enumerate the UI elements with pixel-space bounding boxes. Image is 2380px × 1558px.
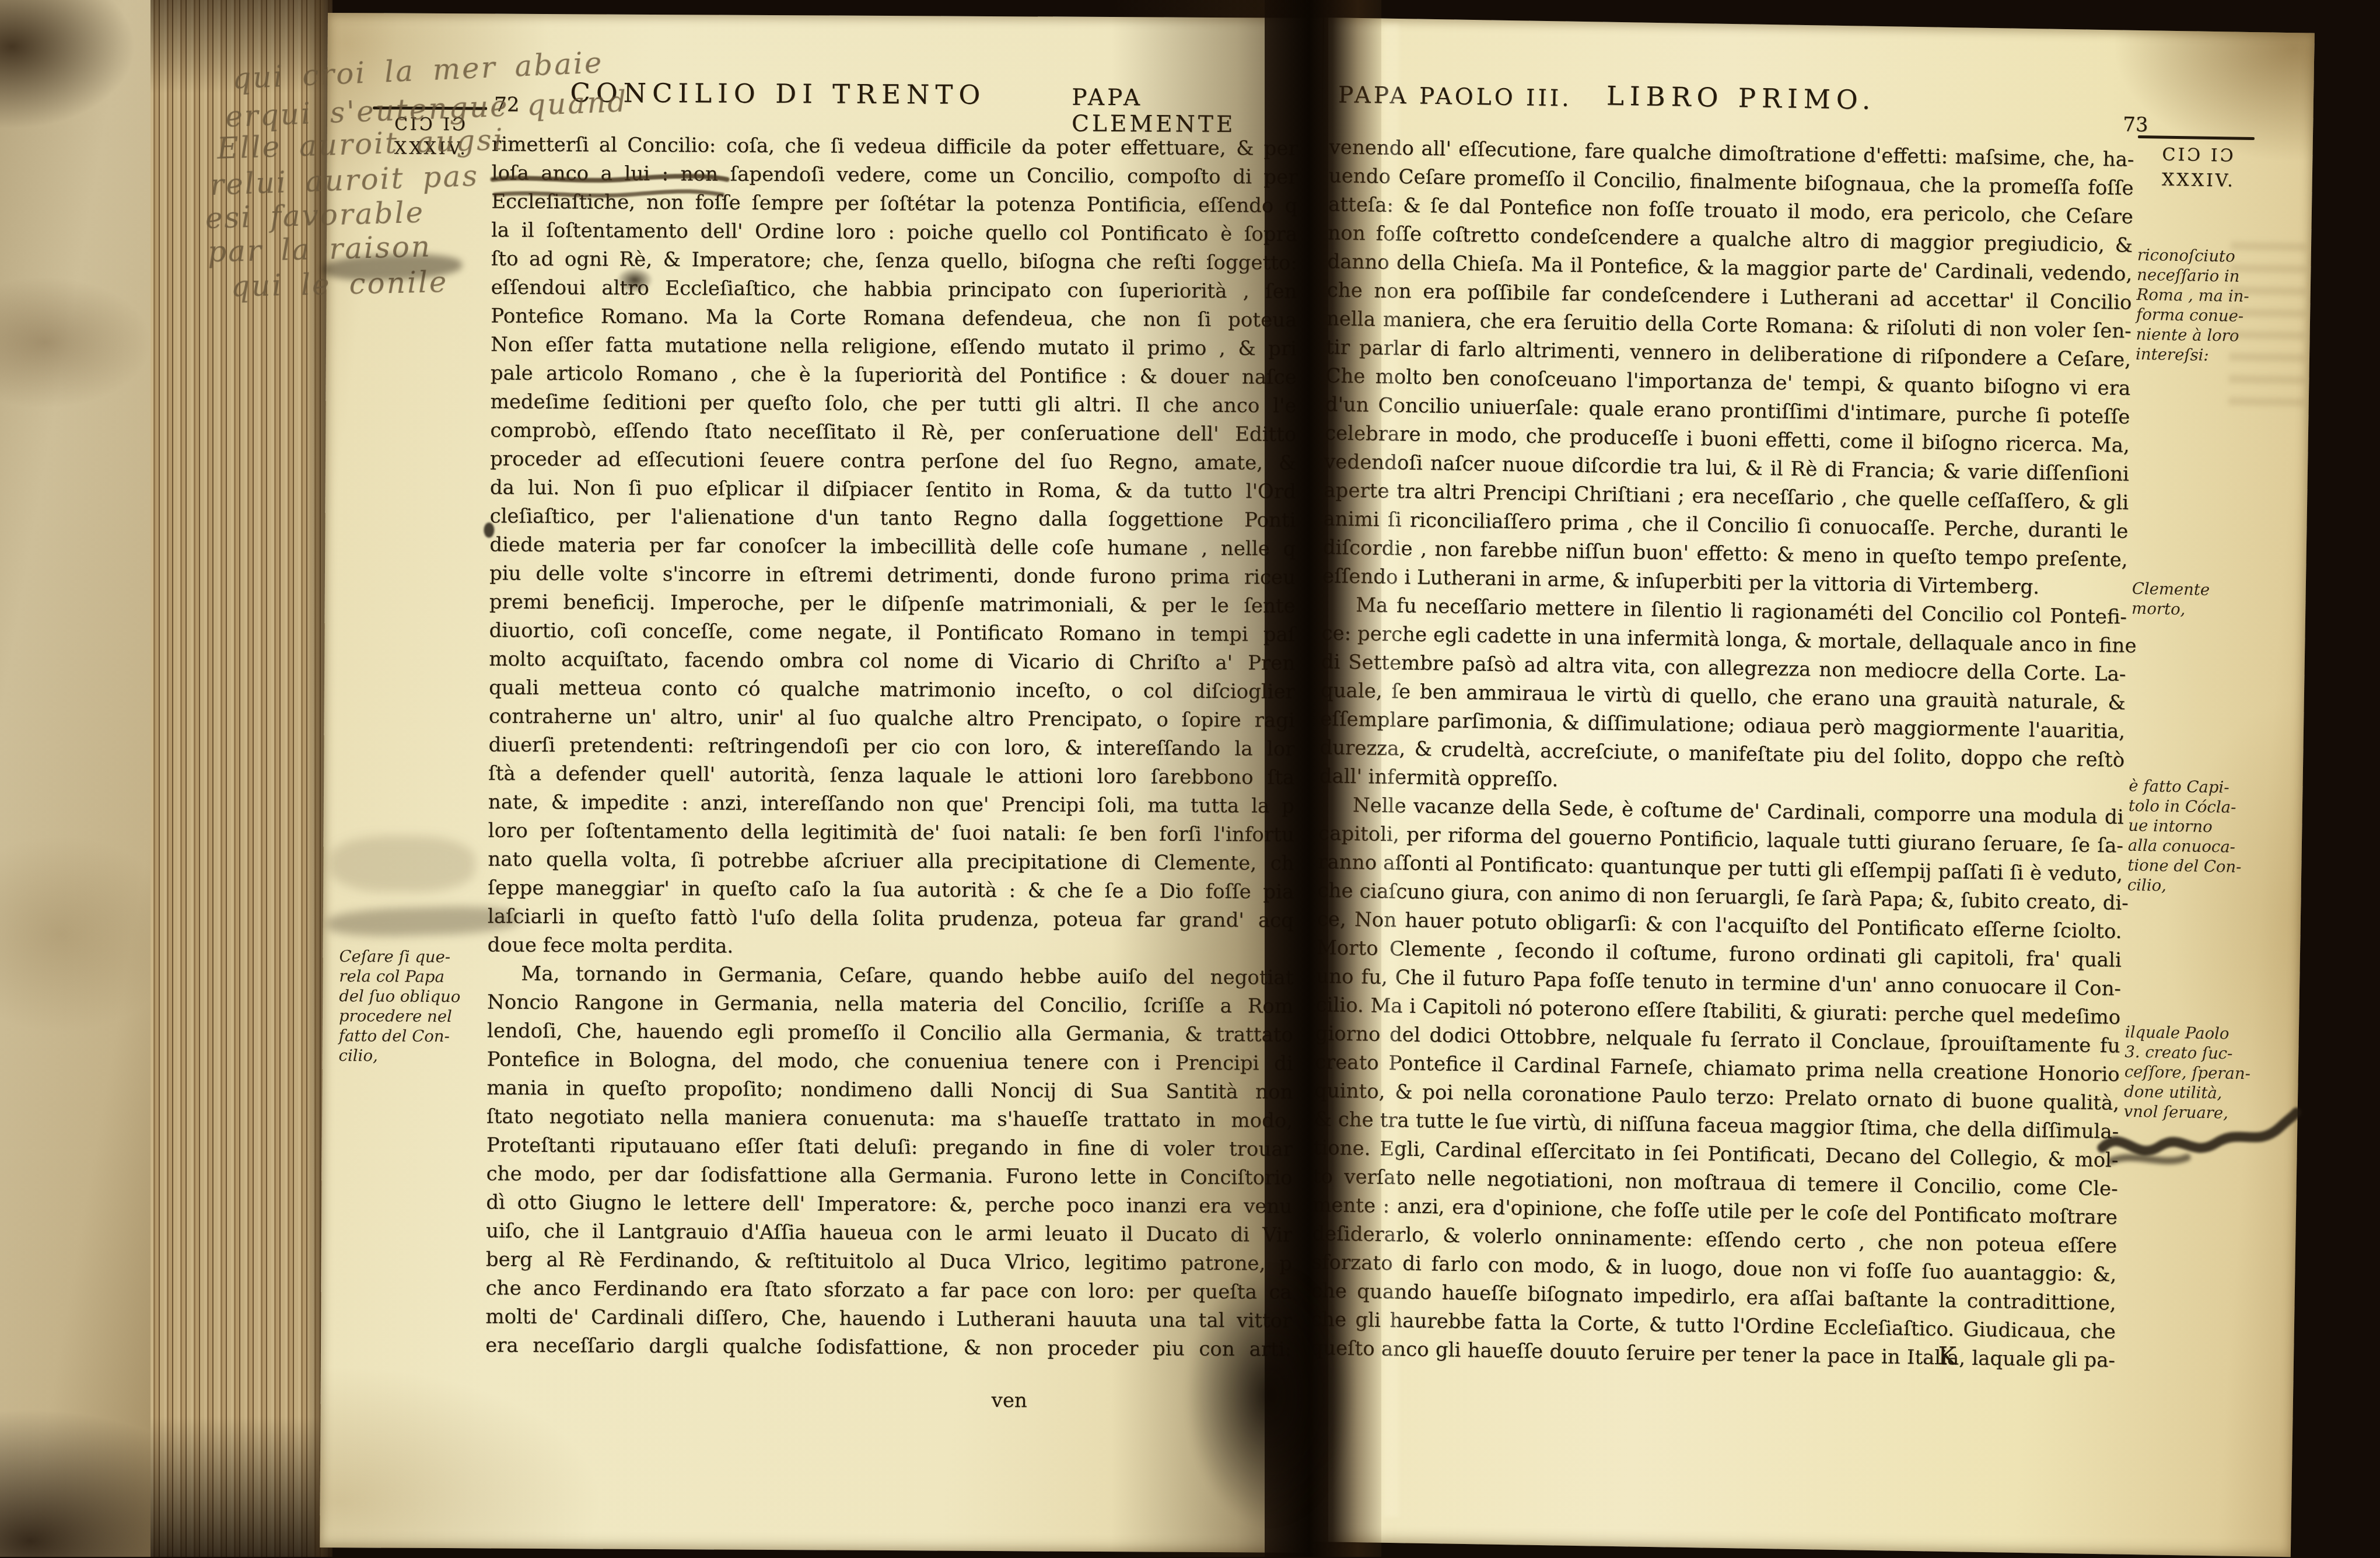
book-cover-flyleaf bbox=[0, 0, 150, 1557]
margin-note-line: procedere nel bbox=[339, 1006, 486, 1026]
text-line: premi beneficij. Imperoche, per le diſpe… bbox=[489, 588, 1296, 620]
right-page: PAPA PAOLO III. LIBRO PRIMO. 73 CIƆ IƆ X… bbox=[1300, 18, 2315, 1557]
margin-note-line: 3. creato ſuc- bbox=[2124, 1042, 2259, 1064]
handwriting-line: par la raison bbox=[207, 229, 432, 268]
text-line: da lui. Non ſi puo eſplicar il diſpiacer… bbox=[490, 473, 1296, 506]
margin-note-line: rela col Papa bbox=[339, 966, 486, 987]
text-line: Non eſſer fatta mutatione nella religion… bbox=[491, 330, 1297, 363]
left-running-head-row: 72 CONCILIO DI TRENTO PAPA CLEMENTE bbox=[494, 76, 1306, 81]
text-line: diuerſi pretendenti: reſtringendoſi per … bbox=[488, 731, 1294, 763]
text-line: Pontefice in Bologna, del modo, che conu… bbox=[487, 1045, 1293, 1078]
text-line: Ma, tornando in Germania, Ceſare, quando… bbox=[487, 959, 1293, 992]
text-line: medeſime ſeditioni per queſto ſolo, che … bbox=[490, 387, 1296, 420]
text-line: lendoſi, Che, hauendo egli promeſſo il C… bbox=[487, 1016, 1293, 1049]
right-text-column: venendo all' eſſecutione, fare qualche d… bbox=[1310, 133, 2134, 1375]
margin-note-line: cilio, bbox=[339, 1046, 486, 1066]
margin-note-line: alla conuoca- bbox=[2128, 836, 2263, 858]
text-line: molto acquiſtato, facendo ombra col nome… bbox=[489, 645, 1295, 677]
text-line: diuortio, coſi conceſſe, come negate, il… bbox=[489, 616, 1295, 649]
margin-note-line: intereſsi: bbox=[2136, 344, 2270, 366]
text-line: la il ſoſtentamento dell' Ordine loro : … bbox=[491, 216, 1297, 249]
right-margin-date: CIƆ IƆ XXXIV. bbox=[2137, 135, 2260, 191]
margin-note-riconosciuto: riconoſciutoneceſſario inRoma , ma in-fo… bbox=[2136, 245, 2271, 366]
text-line: diede materia per far conoſcer la imbeci… bbox=[489, 530, 1296, 563]
margin-note-line: morto, bbox=[2131, 599, 2266, 621]
margin-note-line: cilio, bbox=[2127, 875, 2262, 897]
text-line: berg al Rè Ferdinando, & reſtituitolo al… bbox=[486, 1245, 1292, 1278]
margin-note-line: forma conue- bbox=[2136, 305, 2271, 327]
left-running-head: CONCILIO DI TRENTO bbox=[570, 77, 986, 110]
text-line: ſtato negotiato nella maniera conuenuta:… bbox=[487, 1102, 1293, 1135]
right-margin-date-xxxiv: XXXIV. bbox=[2137, 169, 2260, 191]
left-margin-note-cesare: Ceſare ſi que-rela col Papadel ſuo obliq… bbox=[339, 946, 487, 1066]
text-line: pale articolo Romano , che è la ſuperior… bbox=[491, 359, 1297, 392]
text-line: nato quella volta, ſi potrebbe aſcriuer … bbox=[488, 845, 1294, 878]
faded-ink-smudge bbox=[329, 836, 475, 892]
margin-note-line: tione del Con- bbox=[2127, 855, 2262, 878]
left-running-head-right: PAPA CLEMENTE bbox=[1072, 85, 1306, 138]
text-line: nate, & impedite : anzi, intereſſando no… bbox=[488, 788, 1294, 820]
signature-mark: K bbox=[1938, 1342, 1957, 1370]
text-line: Pontefice Romano. Ma la Corte Romana def… bbox=[491, 302, 1297, 334]
text-line: eſſendoui altro Eccleſiaſtico, che habbi… bbox=[491, 273, 1297, 306]
margin-note-line: Roma , ma in- bbox=[2136, 285, 2271, 307]
margin-note-line: ceſſore, ſperan- bbox=[2124, 1062, 2259, 1084]
text-line: ſeppe maneggiar' in queſto caſo la ſua a… bbox=[488, 874, 1294, 906]
text-line: comprobò, eſſendo ſtato neceſſitato il R… bbox=[490, 416, 1296, 449]
margin-note-line: ue intorno bbox=[2128, 816, 2263, 838]
margin-note-line: Ceſare ſi que- bbox=[339, 946, 486, 967]
text-line: quali metteua conto có qualche matrimoni… bbox=[489, 673, 1295, 706]
right-running-head-right: LIBRO PRIMO. bbox=[1606, 81, 1877, 116]
margin-note-capitolo-conclave: è fatto Capi-tolo in Cócla-ue intornoall… bbox=[2127, 776, 2263, 897]
margin-rule bbox=[2138, 135, 2255, 140]
text-line: doue fece molta perdita. bbox=[488, 931, 1294, 963]
text-line: cleſiaſtico, per l'alienatione d'un tant… bbox=[489, 502, 1296, 535]
text-line: dì otto Giugno le lettere dell' Imperato… bbox=[486, 1188, 1292, 1221]
text-line: che modo, per dar ſodisfattione alla Ger… bbox=[486, 1159, 1292, 1192]
text-line: laſciarli in queſto fattò l'uſo della ſo… bbox=[488, 902, 1294, 935]
margin-note-line: fatto del Con- bbox=[339, 1026, 486, 1046]
text-line: rimetterſi al Concilio: coſa, che ſi ved… bbox=[492, 130, 1298, 163]
text-line: molti de' Cardinali diſſero, Che, hauend… bbox=[485, 1302, 1291, 1335]
right-running-head: PAPA PAOLO III. bbox=[1338, 82, 1572, 111]
handwriting-line: esi favorable bbox=[205, 195, 425, 235]
margin-note-line: ilquale Paolo bbox=[2125, 1022, 2260, 1045]
margin-note-line: neceſſario in bbox=[2137, 265, 2271, 287]
text-line: uiſo, che il Lantgrauio d'Aſſia haueua c… bbox=[486, 1217, 1292, 1249]
text-line: contraherne un' altro, unir' al ſuo qual… bbox=[489, 702, 1295, 735]
text-line: proceder ad eſſecutioni ſeuere contra pe… bbox=[490, 445, 1296, 477]
margin-note-clemente-morto: Clementemorto, bbox=[2131, 579, 2266, 621]
margin-note-line: è fatto Capi- bbox=[2129, 776, 2263, 798]
right-page-number: 73 bbox=[2123, 113, 2148, 137]
right-margin-date-m: CIƆ IƆ bbox=[2137, 144, 2260, 166]
text-line: Proteſtanti riputauano eſſer ſtati deluſ… bbox=[487, 1131, 1293, 1164]
right-running-head-row: PAPA PAOLO III. LIBRO PRIMO. 73 bbox=[1332, 76, 2149, 89]
text-line: che anco Ferdinando era ſtato sforzato a… bbox=[485, 1274, 1291, 1307]
margin-note-line: riconoſciuto bbox=[2137, 245, 2272, 267]
left-page: 72 CONCILIO DI TRENTO PAPA CLEMENTE CIƆ … bbox=[320, 13, 1323, 1553]
handwriting-line: qui le conile bbox=[230, 265, 449, 303]
left-text-column: rimetterſi al Concilio: coſa, che ſi ved… bbox=[485, 130, 1298, 1364]
ink-scribble bbox=[2094, 1092, 2305, 1189]
text-line: mania in queſto propoſito; nondimeno dal… bbox=[487, 1074, 1293, 1106]
margin-note-line: Clemente bbox=[2132, 579, 2267, 601]
text-line: Noncio Rangone in Germania, nella materi… bbox=[487, 988, 1293, 1021]
text-line: ſtà a defender quell' autorità, ſenza la… bbox=[488, 759, 1294, 792]
text-line: era neceſſario dargli qualche ſodisfatti… bbox=[485, 1331, 1291, 1364]
text-line: loro per ſoſtentamento della legitimità … bbox=[488, 816, 1294, 849]
margin-note-line: del ſuo obliquo bbox=[339, 986, 486, 1007]
left-catchword: ven bbox=[991, 1389, 1027, 1412]
margin-note-line: niente à loro bbox=[2136, 324, 2270, 347]
text-line: piu delle volte s'incorre in eſtremi det… bbox=[489, 559, 1296, 592]
ink-underline-strokes bbox=[489, 169, 734, 205]
text-line: ſto ad ogni Rè, & Imperatore; che, ſenza… bbox=[491, 244, 1297, 277]
right-page-fold-highlight bbox=[1384, 23, 1399, 1517]
margin-note-line: tolo in Cócla- bbox=[2129, 796, 2263, 818]
